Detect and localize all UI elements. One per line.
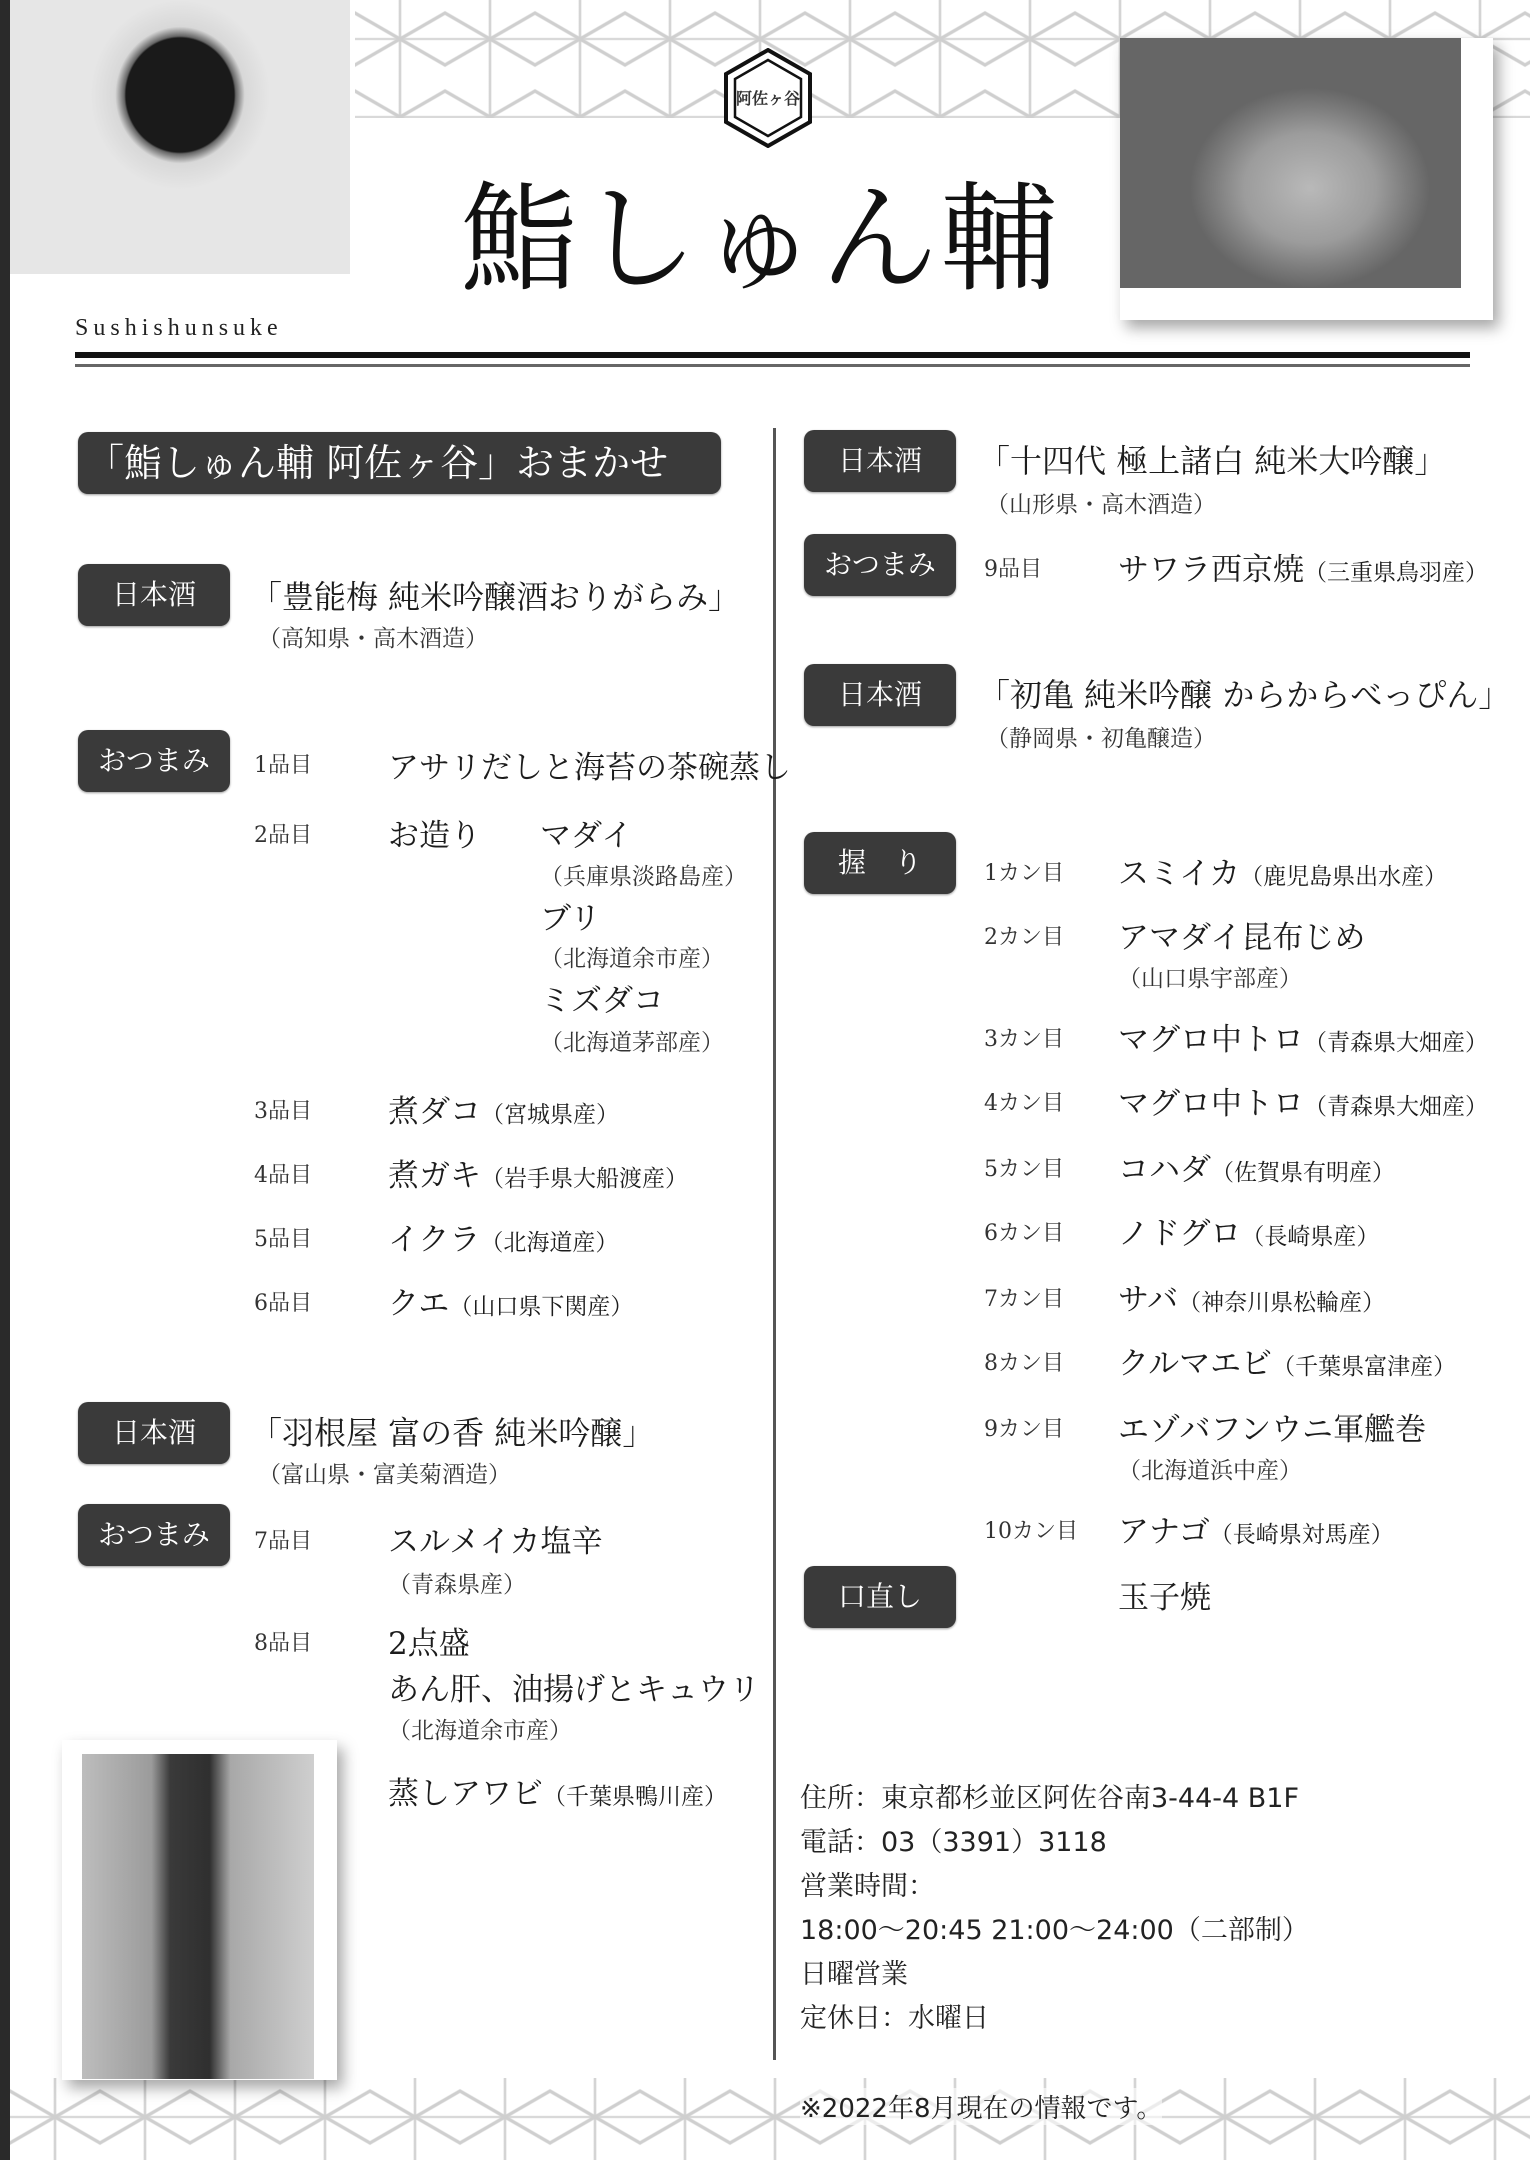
item-number: 3品目 xyxy=(254,1094,312,1125)
sake-name: 「羽根屋 富の香 純米吟醸」 xyxy=(250,1408,654,1454)
badge-nigiri: 握 り xyxy=(804,832,956,894)
nigiri-name: マグロ中トロ（青森県大畑産） xyxy=(1118,1078,1488,1123)
dish-origin: （青森県産） xyxy=(388,1566,526,1599)
sake-origin: （富山県・富美菊酒造） xyxy=(258,1456,511,1489)
sashimi-origin: （北海道余市産） xyxy=(540,940,724,973)
sashimi-origin: （北海道茅部産） xyxy=(540,1024,724,1057)
dish-origin: （北海道余市産） xyxy=(388,1712,572,1745)
address: 住所：東京都杉並区阿佐谷南3-44-4 B1F xyxy=(800,1776,1299,1815)
piece-number: 7カン目 xyxy=(984,1282,1064,1313)
sake-name: 「初亀 純米吟醸 からからべっぴん」 xyxy=(978,670,1510,716)
nigiri-name: アナゴ（長崎県対馬産） xyxy=(1118,1506,1394,1551)
item-number: 9品目 xyxy=(984,552,1042,583)
asanoha-pattern-bottom xyxy=(10,2078,1530,2160)
dish-name: お造り xyxy=(388,810,481,855)
hours-label: 営業時間： xyxy=(800,1864,935,1903)
nigiri-name: スミイカ（鹿児島県出水産） xyxy=(1118,848,1447,893)
header-rule-thin xyxy=(75,364,1470,367)
hours: 18:00～20:45 21:00～24:00（二部制） xyxy=(800,1908,1309,1947)
badge-sake: 日本酒 xyxy=(78,1402,230,1464)
item-number: 1品目 xyxy=(254,748,312,779)
badge-sake: 日本酒 xyxy=(804,430,956,492)
dish-name: スルメイカ塩辛 xyxy=(388,1516,603,1561)
sake-name: 「十四代 極上諸白 純米大吟醸」 xyxy=(978,436,1446,482)
nigiri-name: クルマエビ（千葉県富津産） xyxy=(1118,1338,1456,1383)
sake-name: 「豊能梅 純米吟醸酒おりがらみ」 xyxy=(250,572,740,618)
phone: 電話：03（3391）3118 xyxy=(800,1820,1107,1859)
badge-kuchinaoshi: 口直し xyxy=(804,1566,956,1628)
item-number: 5品目 xyxy=(254,1222,312,1253)
left-edge-bar xyxy=(0,0,10,2160)
nigiri-name: サバ（神奈川県松輪産） xyxy=(1118,1274,1385,1319)
course-title: 「鮨しゅん輔 阿佐ヶ谷」おまかせ xyxy=(78,432,721,494)
nigiri-name: エゾバフンウニ軍艦巻 xyxy=(1118,1404,1426,1449)
closed-day: 定休日：水曜日 xyxy=(800,1996,989,2035)
badge-sake: 日本酒 xyxy=(804,664,956,726)
item-number: 6品目 xyxy=(254,1286,312,1317)
nigiri-name: ノドグロ（長崎県産） xyxy=(1118,1208,1379,1253)
sashimi-origin: （兵庫県淡路島産） xyxy=(540,858,747,891)
info-date-note: ※2022年8月現在の情報です。 xyxy=(800,2088,1162,2125)
sake-origin: （高知県・高木酒造） xyxy=(258,620,488,653)
sashimi-fish: ブリ xyxy=(540,893,601,938)
piece-number: 4カン目 xyxy=(984,1086,1064,1117)
piece-number: 6カン目 xyxy=(984,1216,1064,1247)
piece-number: 1カン目 xyxy=(984,856,1064,887)
badge-otsumami: おつまみ xyxy=(804,534,956,596)
photo-sake-bottle xyxy=(62,1740,337,2080)
dish-name: イクラ（北海道産） xyxy=(388,1214,618,1259)
logo-text: 阿佐ヶ谷 xyxy=(718,86,818,109)
item-number: 4品目 xyxy=(254,1158,312,1189)
badge-otsumami: おつまみ xyxy=(78,1504,230,1566)
dish-name: アサリだしと海苔の茶碗蒸し xyxy=(388,742,791,787)
header-rule-thick xyxy=(75,352,1470,358)
piece-number: 3カン目 xyxy=(984,1022,1064,1053)
column-divider xyxy=(773,428,776,2060)
dish-detail: あん肝、油揚げとキュウリ xyxy=(388,1664,760,1709)
restaurant-romaji: Sushishunsuke xyxy=(75,315,283,342)
item-number: 8品目 xyxy=(254,1626,312,1657)
sashimi-fish: ミズダコ xyxy=(540,975,664,1020)
nigiri-name: アマダイ昆布じめ xyxy=(1118,912,1365,957)
piece-number: 9カン目 xyxy=(984,1412,1064,1443)
sake-origin: （山形県・高木酒造） xyxy=(986,486,1216,519)
dish-name: サワラ西京焼（三重県鳥羽産） xyxy=(1118,544,1488,589)
dish-name: クエ（山口県下関産） xyxy=(388,1278,633,1323)
badge-sake: 日本酒 xyxy=(78,564,230,626)
item-number: 2品目 xyxy=(254,818,312,849)
location-logo: 阿佐ヶ谷 xyxy=(718,48,818,148)
kuchinaoshi-dish: 玉子焼 xyxy=(1118,1572,1211,1617)
nigiri-name: コハダ（佐賀県有明産） xyxy=(1118,1144,1395,1189)
badge-otsumami: おつまみ xyxy=(78,730,230,792)
nigiri-origin: （北海道浜中産） xyxy=(1118,1452,1302,1485)
dish-name: 蒸しアワビ（千葉県鴨川産） xyxy=(388,1768,727,1813)
photo-appetizer xyxy=(10,0,350,274)
item-number: 7品目 xyxy=(254,1524,312,1555)
nigiri-name: マグロ中トロ（青森県大畑産） xyxy=(1118,1014,1488,1059)
restaurant-title: 鮨しゅん輔 xyxy=(460,180,1060,298)
piece-number: 8カン目 xyxy=(984,1346,1064,1377)
sunday-open: 日曜営業 xyxy=(800,1952,908,1991)
photo-nigiri xyxy=(1120,38,1493,320)
dish-name: 煮ガキ（岩手県大船渡産） xyxy=(388,1150,688,1195)
sake-origin: （静岡県・初亀醸造） xyxy=(986,720,1216,753)
dish-name: 2点盛 xyxy=(388,1618,470,1663)
dish-name: 煮ダコ（宮城県産） xyxy=(388,1086,619,1131)
piece-number: 5カン目 xyxy=(984,1152,1064,1183)
piece-number: 10カン目 xyxy=(984,1514,1078,1545)
sashimi-fish: マダイ xyxy=(540,810,632,855)
piece-number: 2カン目 xyxy=(984,920,1064,951)
nigiri-origin: （山口県宇部産） xyxy=(1118,960,1302,993)
